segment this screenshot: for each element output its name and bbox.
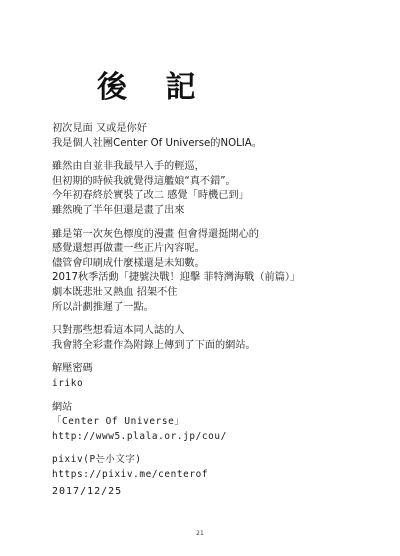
text-line: 2017秋季活動「捷號決戰！迎擊 菲特灣海戰（前篇）」 xyxy=(52,271,372,286)
password-value: iriko xyxy=(52,377,372,392)
text-line: 所以計劃推遲了一點。 xyxy=(52,301,372,316)
paragraph-greeting: 初次見面 又或是你好 我是個人社團Center Of Universe的NOLI… xyxy=(52,122,372,151)
website-section: 網站 「Center Of Universe」 http://www5.plal… xyxy=(52,401,372,445)
paragraph-bonus: 只對那些想看這本同人誌的人 我會將全彩畫作為附錄上傳到了下面的網站。 xyxy=(52,324,372,353)
text-line: 雖然由自並非我最早入手的輕巡， xyxy=(52,160,372,175)
text-line: 雖是第一次灰色標度的漫畫 但會得還挺開心的 xyxy=(52,228,372,243)
text-line: 感覺還想再做畫一些正片內容呢。 xyxy=(52,242,372,257)
pixiv-url[interactable]: https://pixiv.me/centerof xyxy=(52,468,372,483)
page-title: 後 記 xyxy=(97,62,209,106)
doujin-afterword-page: 後 記 初次見面 又或是你好 我是個人社團Center Of Universe的… xyxy=(0,0,400,556)
text-line: 今年初春終於實裝了改二 感覺「時機已到」 xyxy=(52,189,372,204)
website-label: 網站 xyxy=(52,401,372,416)
date: 2017/12/25 xyxy=(52,486,122,497)
afterword-body: 初次見面 又或是你好 我是個人社團Center Of Universe的NOLI… xyxy=(52,122,372,491)
page-number: 21 xyxy=(0,530,400,537)
website-name: 「Center Of Universe」 xyxy=(52,415,372,430)
paragraph-motivation: 雖然由自並非我最早入手的輕巡， 但初期的時候我就覺得這艦娘“真不錯”。 今年初春… xyxy=(52,160,372,218)
text-line: 只對那些想看這本同人誌的人 xyxy=(52,324,372,339)
text-line: 劇本既悲壯又熱血 招架不住 xyxy=(52,286,372,301)
text-line: 儘管會印刷成什麼樣還是未知數。 xyxy=(52,257,372,272)
text-line: 初次見面 又或是你好 xyxy=(52,122,372,137)
text-line: 我會將全彩畫作為附錄上傳到了下面的網站。 xyxy=(52,339,372,354)
password-section: 解壓密碼 iriko xyxy=(52,362,372,391)
password-label: 解壓密碼 xyxy=(52,362,372,377)
paragraph-process: 雖是第一次灰色標度的漫畫 但會得還挺開心的 感覺還想再做畫一些正片內容呢。 儘管… xyxy=(52,228,372,316)
text-line: 我是個人社團Center Of Universe的NOLIA。 xyxy=(52,137,372,152)
pixiv-label: pixiv(P는小文字) xyxy=(52,453,372,468)
website-url[interactable]: http://www5.plala.or.jp/cou/ xyxy=(52,430,372,445)
text-line: 但初期的時候我就覺得這艦娘“真不錯”。 xyxy=(52,175,372,190)
pixiv-section: pixiv(P는小文字) https://pixiv.me/centerof xyxy=(52,453,372,482)
text-line: 雖然晚了半年但還是畫了出來 xyxy=(52,204,372,219)
